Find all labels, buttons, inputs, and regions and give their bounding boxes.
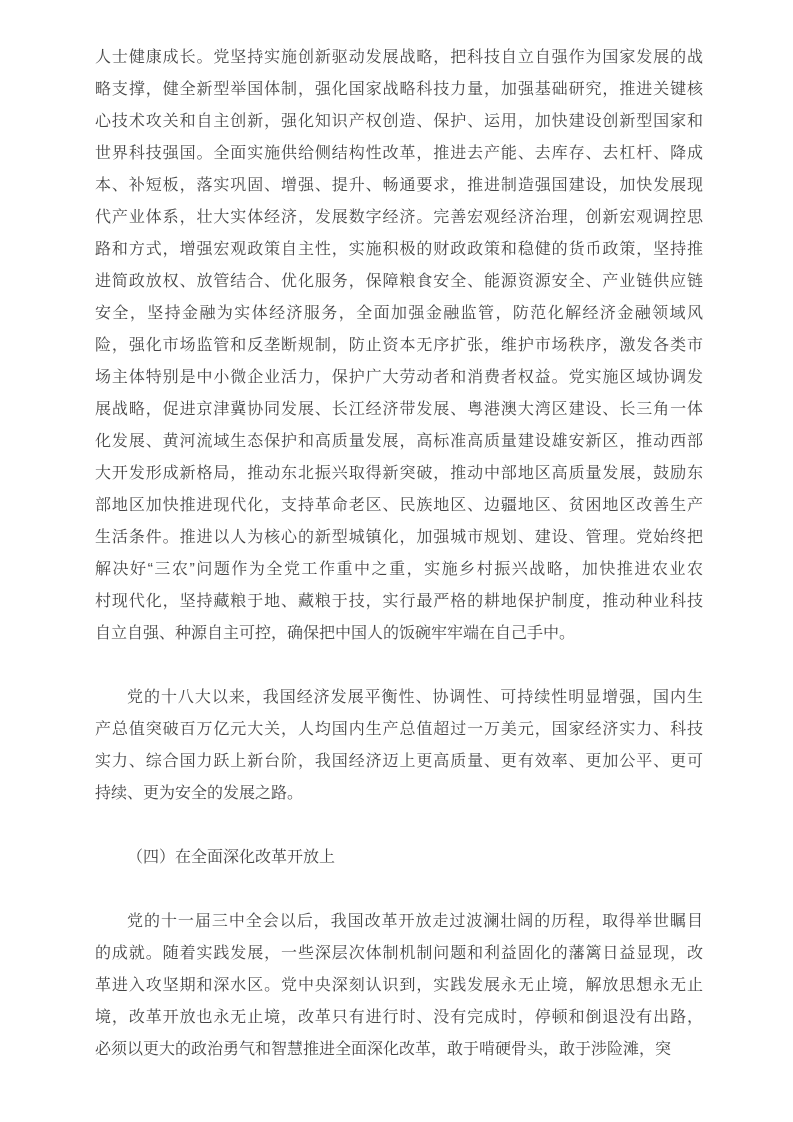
text-line: 代产业体系，壮大实体经济，发展数字经济。完善宏观经济治理，创新宏观调控思	[95, 202, 703, 234]
text-line: 解决好“三农”问题作为全党工作重中之重，实施乡村振兴战略，加快推进农业农	[95, 554, 703, 586]
text-line: 大开发形成新格局，推动东北振兴取得新突破，推动中部地区高质量发展，鼓励东	[95, 458, 703, 490]
document-body: 人士健康成长。党坚持实施创新驱动发展战略，把科技自立自强作为国家发展的战略支撑，…	[95, 0, 703, 1066]
paragraph: 人士健康成长。党坚持实施创新驱动发展战略，把科技自立自强作为国家发展的战略支撑，…	[95, 42, 703, 650]
text-line: 场主体特别是中小微企业活力，保护广大劳动者和消费者权益。党实施区域协调发	[95, 362, 703, 394]
text-line: 展战略，促进京津冀协同发展、长江经济带发展、粤港澳大湾区建设、长三角一体	[95, 394, 703, 426]
text-line: 革进入攻坚期和深水区。党中央深刻认识到，实践发展永无止境，解放思想永无止	[95, 970, 703, 1002]
paragraph: 党的十一届三中全会以后，我国改革开放走过波澜壮阔的历程，取得举世瞩目的成就。随着…	[95, 906, 703, 1066]
text-line: 部地区加快推进现代化，支持革命老区、民族地区、边疆地区、贫困地区改善生产	[95, 490, 703, 522]
text-line: 略支撑，健全新型举国体制，强化国家战略科技力量，加强基础研究，推进关键核	[95, 74, 703, 106]
text-line: 化发展、黄河流域生态保护和高质量发展，高标准高质量建设雄安新区，推动西部	[95, 426, 703, 458]
text-line: 自立自强、种源自主可控，确保把中国人的饭碗牢牢端在自己手中。	[95, 618, 703, 650]
text-line: 世界科技强国。全面实施供给侧结构性改革，推进去产能、去库存、去杠杆、降成	[95, 138, 703, 170]
document-page: 人士健康成长。党坚持实施创新驱动发展战略，把科技自立自强作为国家发展的战略支撑，…	[0, 0, 793, 1122]
text-line: （四）在全面深化改革开放上	[95, 842, 703, 874]
text-line: 境，改革开放也永无止境，改革只有进行时、没有完成时，停顿和倒退没有出路，	[95, 1002, 703, 1034]
text-line: 产总值突破百万亿元大关，人均国内生产总值超过一万美元，国家经济实力、科技	[95, 714, 703, 746]
text-line: 村现代化，坚持藏粮于地、藏粮于技，实行最严格的耕地保护制度，推动种业科技	[95, 586, 703, 618]
text-line: 人士健康成长。党坚持实施创新驱动发展战略，把科技自立自强作为国家发展的战	[95, 42, 703, 74]
text-line: 必须以更大的政治勇气和智慧推进全面深化改革，敢于啃硬骨头，敢于涉险滩，突	[95, 1034, 703, 1066]
text-line: 实力、综合国力跃上新台阶，我国经济迈上更高质量、更有效率、更加公平、更可	[95, 746, 703, 778]
text-line: 党的十八大以来，我国经济发展平衡性、协调性、可持续性明显增强，国内生	[95, 682, 703, 714]
text-line: 险，强化市场监管和反垄断规制，防止资本无序扩张，维护市场秩序，激发各类市	[95, 330, 703, 362]
text-line: 生活条件。推进以人为核心的新型城镇化，加强城市规划、建设、管理。党始终把	[95, 522, 703, 554]
text-line: 持续、更为安全的发展之路。	[95, 778, 703, 810]
text-line: 党的十一届三中全会以后，我国改革开放走过波澜壮阔的历程，取得举世瞩目	[95, 906, 703, 938]
text-line: 路和方式，增强宏观政策自主性，实施积极的财政政策和稳健的货币政策，坚持推	[95, 234, 703, 266]
text-line: 的成就。随着实践发展，一些深层次体制机制问题和利益固化的藩篱日益显现，改	[95, 938, 703, 970]
paragraph: 党的十八大以来，我国经济发展平衡性、协调性、可持续性明显增强，国内生产总值突破百…	[95, 682, 703, 810]
section-heading: （四）在全面深化改革开放上	[95, 842, 703, 874]
text-line: 心技术攻关和自主创新，强化知识产权创造、保护、运用，加快建设创新型国家和	[95, 106, 703, 138]
text-line: 进简政放权、放管结合、优化服务，保障粮食安全、能源资源安全、产业链供应链	[95, 266, 703, 298]
text-line: 本、补短板，落实巩固、增强、提升、畅通要求，推进制造强国建设，加快发展现	[95, 170, 703, 202]
text-line: 安全，坚持金融为实体经济服务，全面加强金融监管，防范化解经济金融领域风	[95, 298, 703, 330]
